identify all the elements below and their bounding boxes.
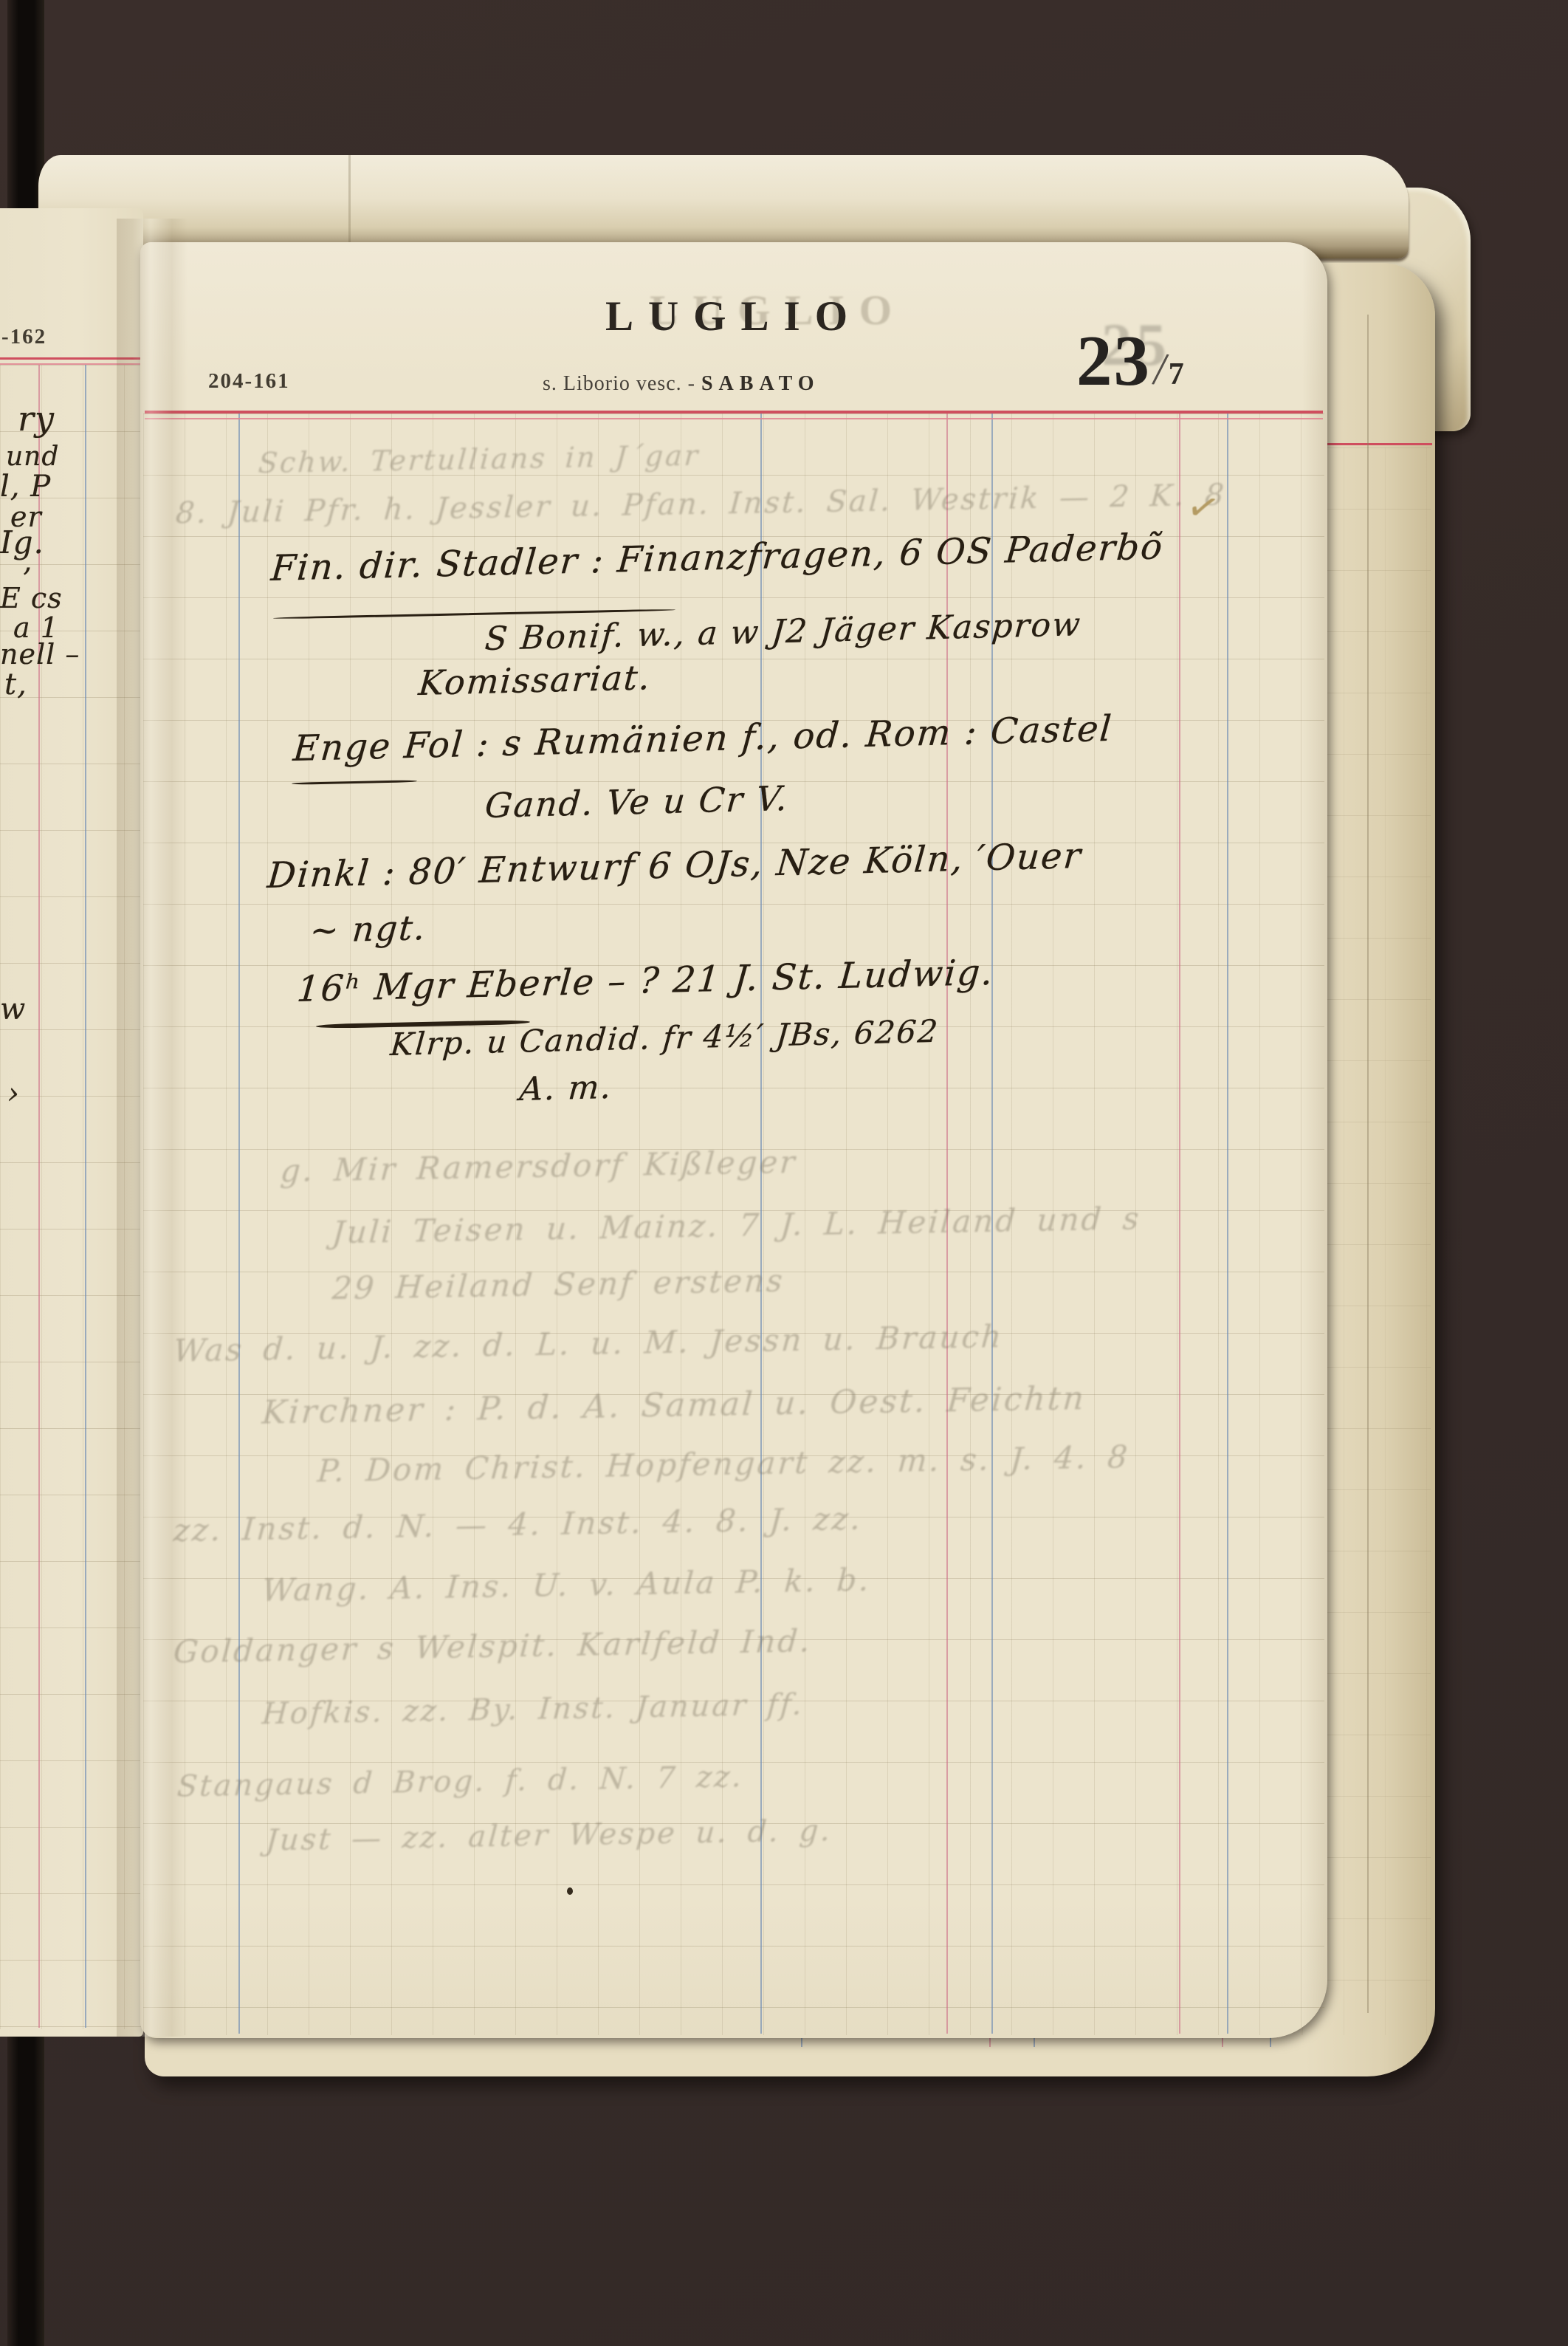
blue-column-line xyxy=(1227,414,1228,2034)
left-page-red-rule-light xyxy=(0,363,143,365)
date-slash: / xyxy=(1150,341,1171,397)
under-page-red-rule xyxy=(1323,443,1432,445)
handwriting-fragment: E cs xyxy=(0,582,63,614)
header-red-rule xyxy=(145,411,1323,414)
handwriting-fragment: und xyxy=(6,442,59,472)
day-number: 23 xyxy=(1076,325,1151,397)
under-page-seam xyxy=(1367,315,1369,2013)
handwriting-fragment: w xyxy=(0,992,26,1026)
handwriting-fragment: ry xyxy=(18,399,55,439)
month-digit: 7 xyxy=(1169,357,1184,392)
saint-day-label: s. Liborio vesc. xyxy=(543,372,682,395)
handwriting-fragment: nell – xyxy=(0,638,80,670)
saint-day-line: s. Liborio vesc. - SABATO xyxy=(543,372,820,396)
handwriting-fragment: › xyxy=(7,1077,20,1111)
ink-dot xyxy=(567,1887,573,1895)
handwriting-fragment: l, P xyxy=(0,470,51,504)
handwritten-entry-line: Gand. Ve u Cr V. xyxy=(484,778,790,826)
pink-column-line xyxy=(1179,414,1180,2034)
left-page-red-rule xyxy=(0,357,143,360)
left-page-number: -162 xyxy=(1,325,47,349)
page-number: 204-161 xyxy=(208,369,290,394)
date-block: 23 / 7 xyxy=(1076,325,1184,397)
handwritten-entry-line: A. m. xyxy=(518,1069,614,1108)
diary-scan-photo: -162 ry und l, P er Ig. ’ E cs a 1 nell … xyxy=(0,0,1568,2346)
handwriting-fragment: Ig. xyxy=(0,524,44,560)
main-page: LUGLIO LUGLIO 204-161 s. Liborio vesc. -… xyxy=(140,242,1327,2038)
handwritten-entry-line: ~ ngt. xyxy=(309,908,428,950)
weekday-label: SABATO xyxy=(701,372,820,395)
left-page-blue-line xyxy=(85,365,86,2028)
separator-dash: - xyxy=(688,372,695,395)
handwriting-fragment: t, xyxy=(4,668,27,702)
left-page-edge: -162 ry und l, P er Ig. ’ E cs a 1 nell … xyxy=(0,208,143,2037)
header-red-rule-light xyxy=(145,418,1323,419)
handwritten-entry-line: Komissariat. xyxy=(417,657,653,703)
